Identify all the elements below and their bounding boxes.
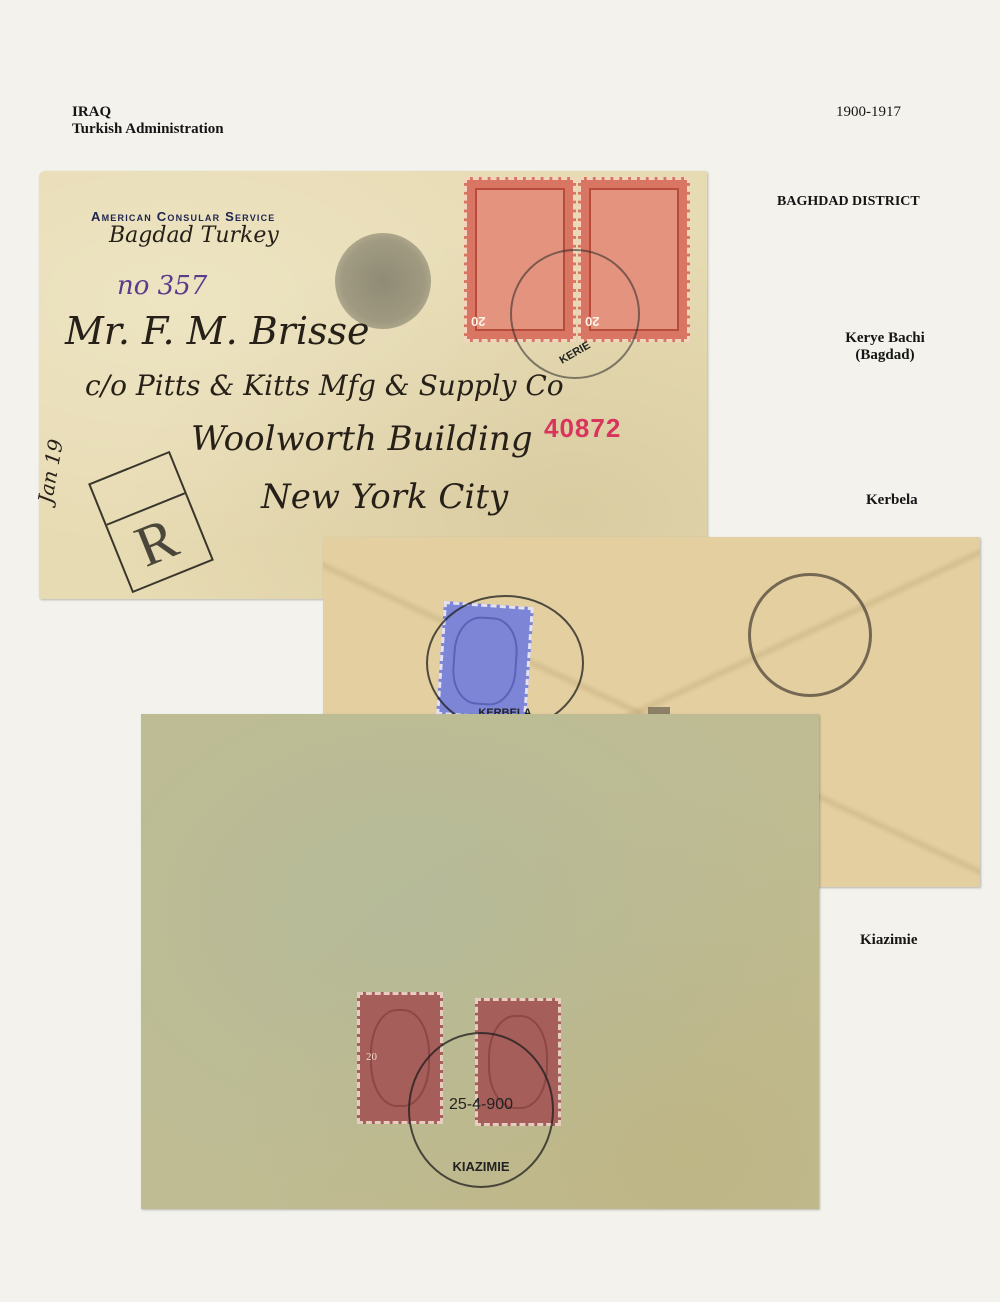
address-line: c/o Pitts & Kitts Mfg & Supply Co — [85, 369, 564, 402]
stamp-value: 20 — [366, 1051, 377, 1063]
printed-header: American Consular Service — [91, 209, 276, 224]
address-line: New York City — [261, 477, 508, 517]
page-subtitle: Turkish Administration — [72, 121, 224, 138]
address-line: Mr. F. M. Brisse — [65, 309, 369, 353]
american-consular-cover: American Consular Service Bagdad Turkey … — [39, 171, 707, 599]
registration-letter: R — [126, 504, 187, 581]
date-range: 1900-1917 — [836, 104, 901, 121]
arrival-postmark-icon — [748, 573, 872, 697]
section-heading: Baghdad District — [777, 193, 920, 210]
postmark-circle-icon: KERIE — [510, 249, 640, 379]
caption-sub: (Bagdad) — [830, 347, 940, 364]
side-note: Jan 19 — [33, 437, 68, 505]
stamp-value: 20 — [471, 314, 485, 329]
registration-number: 40872 — [544, 413, 621, 444]
caption-kerbela: Kerbela — [866, 492, 918, 509]
registration-box-icon: R — [88, 451, 214, 593]
postmark-place: KIAZIMIE — [410, 1159, 552, 1174]
handwritten-number: no 357 — [117, 271, 207, 301]
page-title-country: IRAQ — [72, 104, 111, 121]
kiazimie-cover: 20 25-4-900 KIAZIMIE — [141, 714, 819, 1209]
kiazimie-postmark-icon: 25-4-900 KIAZIMIE — [408, 1032, 554, 1188]
postmark-date: 25-4-900 — [410, 1096, 552, 1114]
caption-kerye-bachi: Kerye Bachi (Bagdad) — [830, 330, 940, 364]
handwritten-origin: Bagdad Turkey — [109, 223, 279, 248]
caption-kiazimie: Kiazimie — [860, 932, 917, 949]
kerbela-postmark-icon: KERBELA — [426, 595, 584, 731]
caption-text: Kerye Bachi — [830, 330, 940, 347]
address-line: Woolworth Building — [191, 419, 533, 459]
